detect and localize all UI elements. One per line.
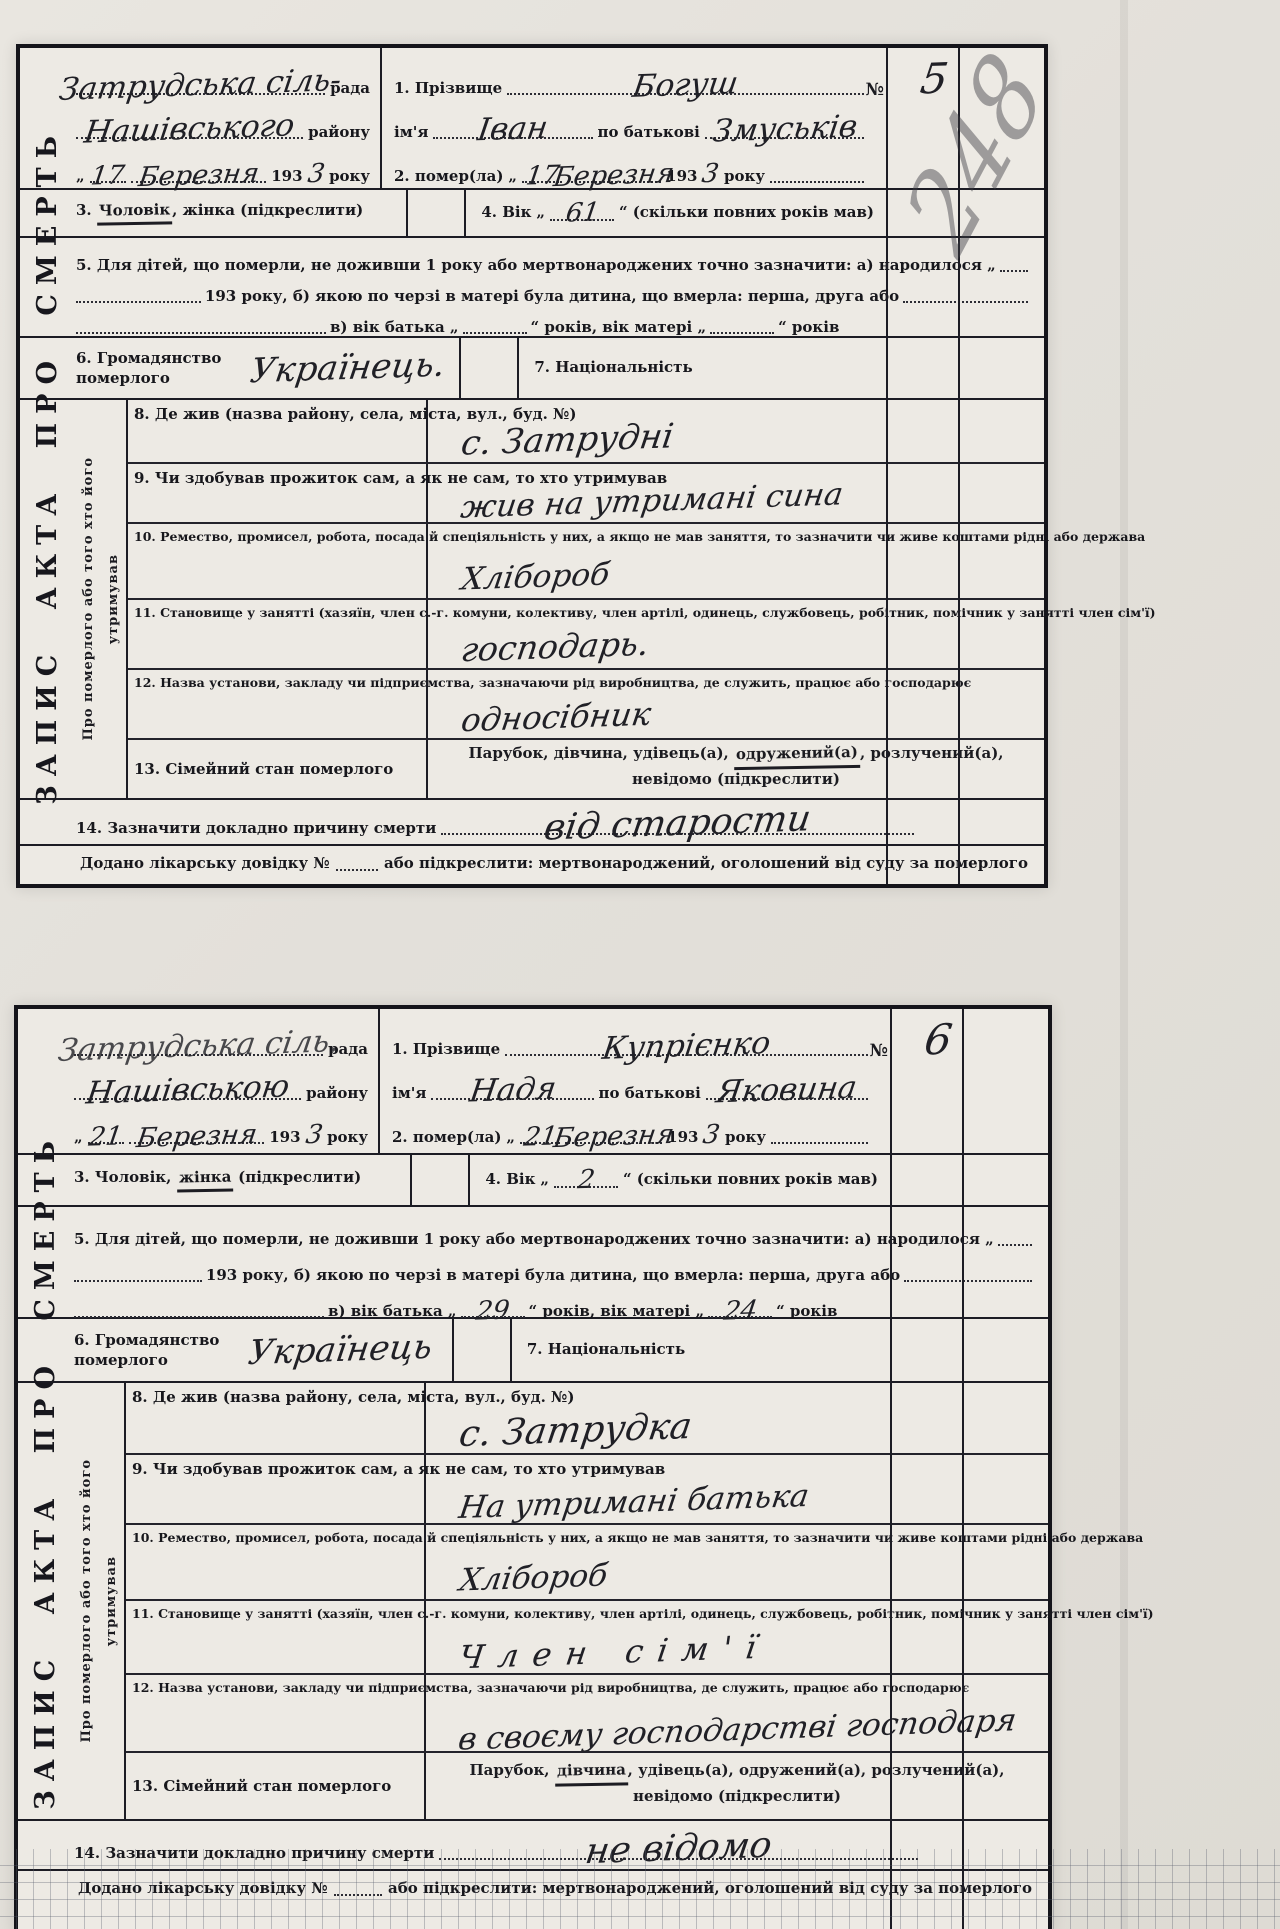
marital-question: 13. Сімейний стан померлого bbox=[128, 740, 428, 798]
position-handwriting: господарь. bbox=[459, 629, 651, 665]
trailing-leader bbox=[771, 1142, 868, 1144]
surname-handwriting: Богуш bbox=[631, 70, 740, 102]
day-leader: 21 bbox=[88, 1126, 124, 1144]
open-quote: „ bbox=[540, 1170, 549, 1190]
citizenship-label: 6. Громадянствопомерлого bbox=[76, 348, 226, 389]
sex-underlined: Чоловік bbox=[97, 201, 173, 226]
day-handwriting: 21 bbox=[87, 1125, 124, 1150]
mother-age-label: “ років, вік матері „ bbox=[531, 318, 707, 338]
close-quote: “ bbox=[623, 1170, 632, 1190]
died-year-digit-handwriting: 3 bbox=[702, 1123, 722, 1147]
council-handwriting: Затрудська сіль- bbox=[58, 67, 344, 105]
paper-fold-shadow bbox=[1120, 0, 1128, 1929]
children-line2: 193 року, б) якою по черзі в матері була… bbox=[206, 1266, 900, 1286]
support-handwriting: жив на утримані сина bbox=[459, 481, 845, 522]
cause-handwriting: не відомо bbox=[583, 1829, 774, 1868]
district-leader: Нашівською bbox=[74, 1077, 301, 1100]
year-digit-handwriting: 3 bbox=[304, 1123, 324, 1147]
enterprise-question: 12. Назва установи, закладу чи підприємс… bbox=[128, 670, 428, 738]
occupation-handwriting: Хлібороб bbox=[458, 1563, 610, 1596]
citizenship-area: Українець bbox=[229, 1335, 437, 1366]
citizenship-handwriting: Українець bbox=[246, 1332, 434, 1369]
margin-notes-column bbox=[890, 1009, 964, 1929]
cause-handwriting: від старости bbox=[542, 803, 813, 845]
surname-label: 1. Прізвище bbox=[394, 79, 502, 99]
about-line2: утримував bbox=[104, 1556, 119, 1646]
cause-leader: від старости bbox=[441, 808, 914, 835]
age-prefix: 4. Вік bbox=[481, 203, 531, 223]
patronymic-leader: Змуськів bbox=[705, 116, 864, 139]
occupation-question: 10. Ремество, промисел, робота, посада й… bbox=[126, 1525, 426, 1599]
mother-age-leader: 24 bbox=[708, 1300, 772, 1318]
age-handwriting: 61 bbox=[564, 202, 601, 227]
marital-options-line2: невідомо (підкреслити) bbox=[632, 770, 840, 788]
surname-leader: Купрієнко bbox=[505, 1033, 868, 1056]
citizenship-label: 6. Громадянствопомерлого bbox=[74, 1330, 224, 1371]
council-leader: Затрудська сіль- bbox=[76, 72, 325, 95]
residence-handwriting: с. Затрудні bbox=[459, 422, 675, 460]
council-leader: Затрудська сіль. bbox=[74, 1033, 323, 1056]
died-month-leader: Березня bbox=[565, 1125, 662, 1144]
footer-label-1: Додано лікарську довідку № bbox=[78, 1879, 328, 1899]
firstname-label: ім'я bbox=[392, 1084, 426, 1104]
open-quote: „ bbox=[74, 1128, 83, 1148]
council-cell: Затрудська сіль- рада Нашівського району… bbox=[76, 48, 382, 188]
support-question: 9. Чи здобував прожиток сам, а як не сам… bbox=[126, 1455, 426, 1523]
citizenship-area: Українець. bbox=[231, 353, 444, 384]
sex-field: 3. Чоловік, жінка (підкреслити) bbox=[74, 1168, 395, 1192]
marital-question: 13. Сімейний стан померлого bbox=[126, 1753, 426, 1819]
patronymic-handwriting: Змуськів bbox=[710, 114, 858, 147]
trailing-leader bbox=[770, 181, 864, 183]
district-handwriting: Нашівського bbox=[83, 112, 297, 147]
year-printed: 193 bbox=[271, 167, 302, 187]
patronymic-handwriting: Яковина bbox=[715, 1075, 859, 1108]
open-quote: „ bbox=[76, 167, 85, 187]
form-title-text: ЗАПИС АКТА ПРО СМЕРТЬ bbox=[30, 1132, 61, 1810]
leader bbox=[76, 301, 201, 303]
cause-leader: не відомо bbox=[439, 1833, 918, 1860]
nationality-label: 7. Національність bbox=[534, 358, 692, 378]
patronymic-leader: Яковина bbox=[706, 1077, 868, 1100]
empty-grid-cell bbox=[459, 338, 519, 398]
surname-handwriting: Купрієнко bbox=[601, 1030, 773, 1064]
occupation-question: 10. Ремество, промисел, робота, посада й… bbox=[128, 524, 428, 598]
empty-grid-cell bbox=[410, 1155, 470, 1205]
footer-label-1: Додано лікарську довідку № bbox=[80, 854, 330, 874]
patronymic-label: по батькові bbox=[599, 1084, 701, 1104]
scanned-death-record-page: ЗАПИС АКТА ПРО СМЕРТЬ № 5 Затрудська сіл… bbox=[0, 0, 1280, 1929]
age-handwriting: 2 bbox=[576, 1169, 596, 1193]
month-leader: Березня bbox=[131, 164, 267, 183]
died-year-digit-handwriting: 3 bbox=[701, 162, 721, 186]
died-month-handwriting: Березня bbox=[552, 162, 676, 190]
died-month-handwriting: Березня bbox=[552, 1123, 676, 1151]
cause-label: 14. Зазначити докладно причину смерти bbox=[76, 819, 436, 839]
enterprise-handwriting: односібник bbox=[459, 700, 652, 735]
firstname-leader: Іван bbox=[433, 116, 592, 139]
leader bbox=[74, 1280, 202, 1282]
leader bbox=[74, 1316, 324, 1318]
died-roku-label: року bbox=[725, 1128, 766, 1148]
surname-leader: Богуш bbox=[507, 72, 864, 95]
age-suffix: (скільки повних років мав) bbox=[637, 1170, 878, 1190]
about-line1: Про померлого або того хто його bbox=[79, 1459, 94, 1743]
year-printed: 193 bbox=[269, 1128, 300, 1148]
position-handwriting: Член сім'ї bbox=[457, 1633, 772, 1673]
month-handwriting: Березня bbox=[137, 162, 261, 190]
father-age-leader: 29 bbox=[461, 1300, 525, 1318]
death-record-form-1: ЗАПИС АКТА ПРО СМЕРТЬ № 5 Затрудська сіл… bbox=[16, 44, 1048, 888]
firstname-label: ім'я bbox=[394, 123, 428, 143]
open-quote: „ bbox=[508, 167, 517, 187]
council-handwriting: Затрудська сіль. bbox=[56, 1028, 341, 1066]
empty-grid-cell bbox=[406, 190, 466, 236]
residence-handwriting: с. Затрудка bbox=[457, 1411, 694, 1451]
about-line2: утримував bbox=[106, 554, 121, 644]
firstname-handwriting: Надя bbox=[467, 1076, 557, 1107]
district-label: району bbox=[306, 1084, 368, 1104]
vertical-form-title: ЗАПИС АКТА ПРО СМЕРТЬ bbox=[24, 56, 70, 876]
leader bbox=[1000, 270, 1028, 272]
position-question: 11. Становище у занятті (хазяїн, член с.… bbox=[128, 600, 428, 668]
district-leader: Нашівського bbox=[76, 116, 303, 139]
support-handwriting: На утримані батька bbox=[457, 1483, 810, 1523]
death-record-form-2: ЗАПИС АКТА ПРО СМЕРТЬ № 6 Затрудська сіл… bbox=[14, 1005, 1052, 1929]
close-quote: “ bbox=[619, 203, 628, 223]
mother-age-leader bbox=[710, 332, 774, 334]
children-line1: 5. Для дітей, що померли, не доживши 1 р… bbox=[76, 256, 996, 276]
father-age-label: в) вік батька „ bbox=[330, 318, 459, 338]
open-quote: „ bbox=[506, 1128, 515, 1148]
surname-label: 1. Прізвище bbox=[392, 1040, 500, 1060]
day-leader: 17 bbox=[90, 165, 126, 183]
vertical-form-title: ЗАПИС АКТА ПРО СМЕРТЬ bbox=[22, 1017, 68, 1925]
empty-grid-cell bbox=[452, 1319, 512, 1381]
day-handwriting: 17 bbox=[89, 164, 126, 189]
cause-label: 14. Зазначити докладно причину смерти bbox=[74, 1844, 434, 1864]
position-question: 11. Становище у занятті (хазяїн, член с.… bbox=[126, 1601, 426, 1673]
roku-label: року bbox=[327, 1128, 368, 1148]
about-deceased-vertical-label: Про померлого або того хто його утримува… bbox=[76, 400, 128, 798]
roku-label: року bbox=[329, 167, 370, 187]
children-line2: 193 року, б) якою по черзі в матері була… bbox=[205, 287, 899, 307]
support-question: 9. Чи здобував прожиток сам, а як не сам… bbox=[128, 464, 428, 522]
footer-leader bbox=[336, 869, 378, 871]
leader bbox=[998, 1244, 1032, 1246]
month-leader: Березня bbox=[129, 1125, 265, 1144]
died-label: 2. помер(ла) bbox=[392, 1128, 501, 1148]
firstname-leader: Надя bbox=[431, 1077, 593, 1100]
footer-leader bbox=[334, 1894, 382, 1896]
year-digit-handwriting: 3 bbox=[306, 162, 326, 186]
citizenship-handwriting: Українець. bbox=[248, 349, 447, 386]
age-leader: 2 bbox=[554, 1169, 618, 1187]
district-handwriting: Нашівською bbox=[84, 1074, 291, 1109]
leader bbox=[76, 332, 326, 334]
month-handwriting: Березня bbox=[135, 1123, 259, 1151]
children-line1: 5. Для дітей, що померли, не доживши 1 р… bbox=[74, 1230, 994, 1250]
died-roku-label: року bbox=[724, 167, 765, 187]
patronymic-label: по батькові bbox=[598, 123, 700, 143]
firstname-handwriting: Іван bbox=[476, 115, 550, 145]
age-suffix: (скільки повних років мав) bbox=[633, 203, 874, 223]
father-age-leader bbox=[463, 332, 527, 334]
about-line1: Про померлого або того хто його bbox=[81, 457, 96, 741]
about-deceased-vertical-label: Про померлого або того хто його утримува… bbox=[74, 1383, 126, 1819]
occupation-handwriting: Хлібороб bbox=[460, 562, 612, 595]
marital-options-line2: невідомо (підкреслити) bbox=[633, 1787, 841, 1805]
age-prefix: 4. Вік bbox=[485, 1170, 535, 1190]
sex-field: 3. Чоловік, жінка (підкреслити) bbox=[76, 201, 391, 225]
died-month-leader: Березня bbox=[567, 164, 661, 183]
nationality-label: 7. Національність bbox=[527, 1340, 685, 1360]
form-title-text: ЗАПИС АКТА ПРО СМЕРТЬ bbox=[32, 127, 63, 805]
years-label: “ років bbox=[778, 318, 839, 338]
marital-underlined: дівчина bbox=[555, 1758, 628, 1786]
age-leader: 61 bbox=[550, 202, 614, 220]
marital-underlined: одружений(а) bbox=[734, 740, 860, 769]
died-label: 2. помер(ла) bbox=[394, 167, 503, 187]
enterprise-question: 12. Назва установи, закладу чи підприємс… bbox=[126, 1675, 426, 1751]
open-quote: „ bbox=[536, 203, 545, 223]
council-cell: Затрудська сіль. рада Нашівською району … bbox=[74, 1009, 380, 1153]
residence-question: 8. Де жив (назва району, села, міста, ву… bbox=[126, 1383, 426, 1453]
sex-underlined: жінка bbox=[176, 1168, 233, 1192]
district-label: району bbox=[308, 123, 370, 143]
residence-question: 8. Де жив (назва району, села, міста, ву… bbox=[128, 400, 428, 462]
